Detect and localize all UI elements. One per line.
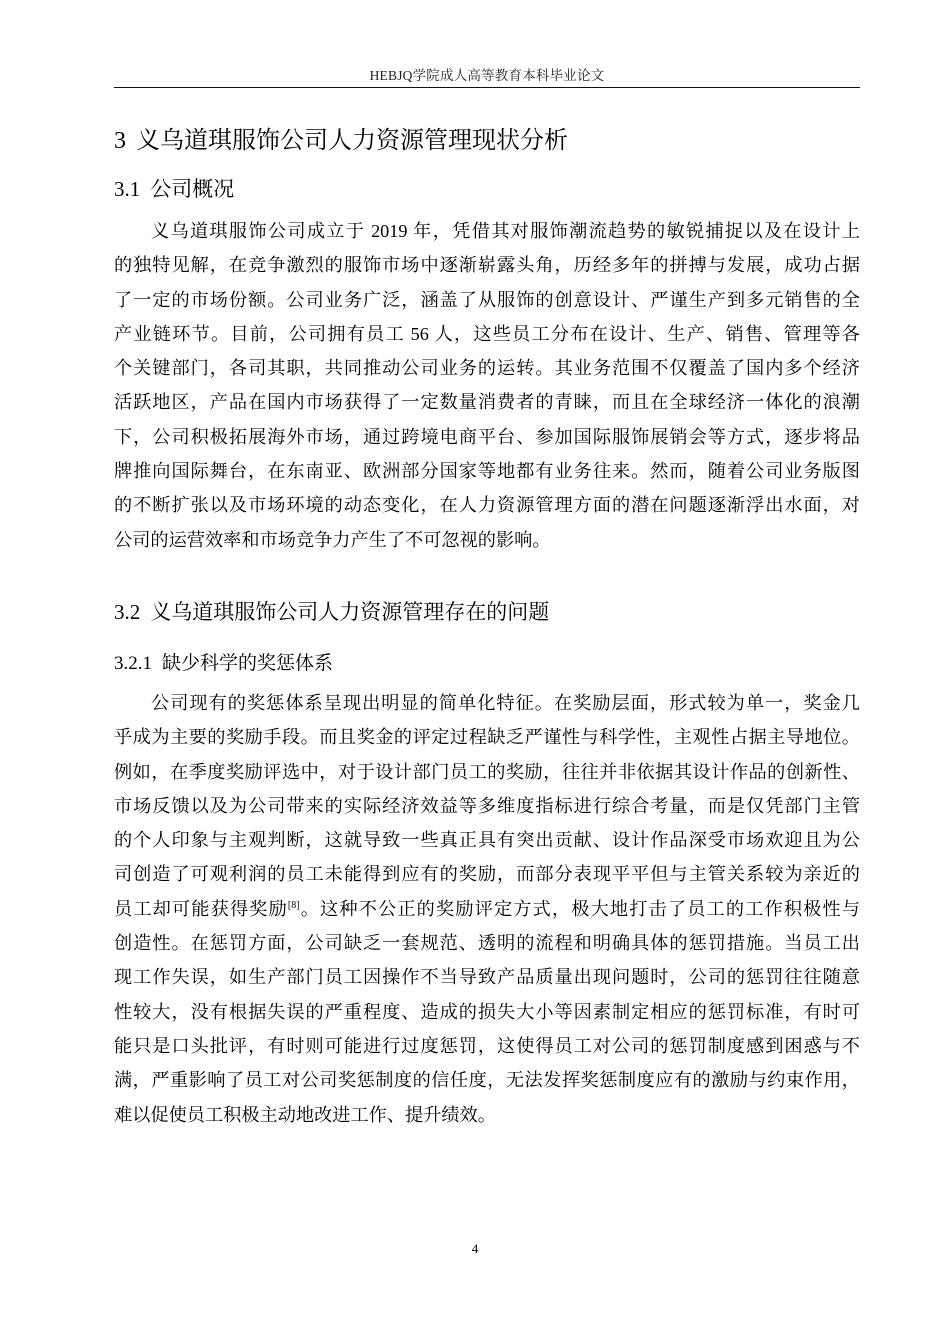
text-line: 创造性。在惩罚方面，公司缺乏一套规范、透明的流程和明确具体的惩罚措施。当员工出 [114,926,860,960]
citation-reference[interactable]: [8] [288,900,300,911]
text-line: 性较大，没有根据失误的严重程度、造成的损失大小等因素制定相应的惩罚标准，有时可 [114,995,860,1029]
chapter-title: 义乌道琪服饰公司人力资源管理现状分析 [136,126,568,154]
text-line: 例如，在季度奖励评选中，对于设计部门员工的奖励，往往并非依据其设计作品的创新性、 [114,755,860,789]
text-line: 市场反馈以及为公司带来的实际经济效益等多维度指标进行综合考量，而是仅凭部门主管 [114,789,860,823]
page-number: 4 [0,1241,950,1257]
paragraph-company-overview: 义乌道琪服饰公司成立于 2019 年，凭借其对服饰潮流趋势的敏锐捕捉以及在设计上… [114,214,860,557]
section-number: 3.1 [114,177,140,201]
text-line: 公司的运营效率和市场竞争力产生了不可忽视的影响。 [114,523,860,557]
section-title: 义乌道琪服饰公司人力资源管理存在的问题 [150,600,549,624]
section-heading-3-2: 3.2义乌道琪服饰公司人力资源管理存在的问题 [114,596,549,626]
text-line: 能只是口头批评，有时则可能进行过度惩罚，这使得员工对公司的惩罚制度感到困惑与不 [114,1029,860,1063]
text-line: 产业链环节。目前，公司拥有员工 56 人，这些员工分布在设计、生产、销售、管理等… [114,317,860,351]
chapter-number: 3 [114,128,126,154]
text-line: 公司现有的奖惩体系呈现出明显的简单化特征。在奖励层面，形式较为单一，奖金几 [114,686,860,720]
text-line: 司创造了可观利润的员工未能得到应有的奖励，而部分表现平平但与主管关系较为亲近的 [114,857,860,891]
text-line: 了一定的市场份额。公司业务广泛，涵盖了从服饰的创意设计、严谨生产到多元销售的全 [114,283,860,317]
subsection-number: 3.2.1 [114,653,152,674]
text-line: 的不断扩张以及市场环境的动态变化，在人力资源管理方面的潜在问题逐渐浮出水面，对 [114,488,860,522]
text-line: 下，公司积极拓展海外市场，通过跨境电商平台、参加国际服饰展销会等方式，逐步将品 [114,420,860,454]
text-line: 牌推向国际舞台，在东南亚、欧洲部分国家等地都有业务往来。然而，随着公司业务版图 [114,454,860,488]
chapter-heading: 3义乌道琪服饰公司人力资源管理现状分析 [114,120,568,155]
text-line: 个关键部门，各司其职，共同推动公司业务的运转。其业务范围不仅覆盖了国内多个经济 [114,351,860,385]
subsection-title: 缺少科学的奖惩体系 [162,652,333,674]
header-divider [114,87,860,88]
running-header: HEBJQ学院成人高等教育本科毕业论文 [114,64,860,84]
text-line: 的个人印象与主观判断，这就导致一些真正具有突出贡献、设计作品深受市场欢迎且为公 [114,823,860,857]
section-title: 公司概况 [150,177,234,201]
paragraph-reward-punishment: 公司现有的奖惩体系呈现出明显的简单化特征。在奖励层面，形式较为单一，奖金几 乎成… [114,686,860,1132]
text-line: 义乌道琪服饰公司成立于 2019 年，凭借其对服饰潮流趋势的敏锐捕捉以及在设计上 [114,214,860,248]
text-segment: 。这种不公正的奖励评定方式，极大地打击了员工的工作积极性与 [300,899,860,919]
text-line: 现工作失误，如生产部门员工因操作不当导致产品质量出现问题时，公司的惩罚往往随意 [114,960,860,994]
text-line-with-citation: 员工却可能获得奖励[8]。这种不公正的奖励评定方式，极大地打击了员工的工作积极性… [114,892,860,926]
text-line: 乎成为主要的奖励手段。而且奖金的评定过程缺乏严谨性与科学性，主观性占据主导地位。 [114,720,860,754]
text-line: 活跃地区，产品在国内市场获得了一定数量消费者的青睐，而且在全球经济一体化的浪潮 [114,385,860,419]
text-segment: 员工却可能获得奖励 [114,899,288,919]
text-line: 难以促使员工积极主动地改进工作、提升绩效。 [114,1098,860,1132]
section-number: 3.2 [114,600,140,624]
text-line: 满，严重影响了员工对公司奖惩制度的信任度，无法发挥奖惩制度应有的激励与约束作用， [114,1063,860,1097]
text-line: 的独特见解，在竞争激烈的服饰市场中逐渐崭露头角，历经多年的拼搏与发展，成功占据 [114,248,860,282]
subsection-heading-3-2-1: 3.2.1缺少科学的奖惩体系 [114,648,333,675]
section-heading-3-1: 3.1公司概况 [114,173,234,203]
